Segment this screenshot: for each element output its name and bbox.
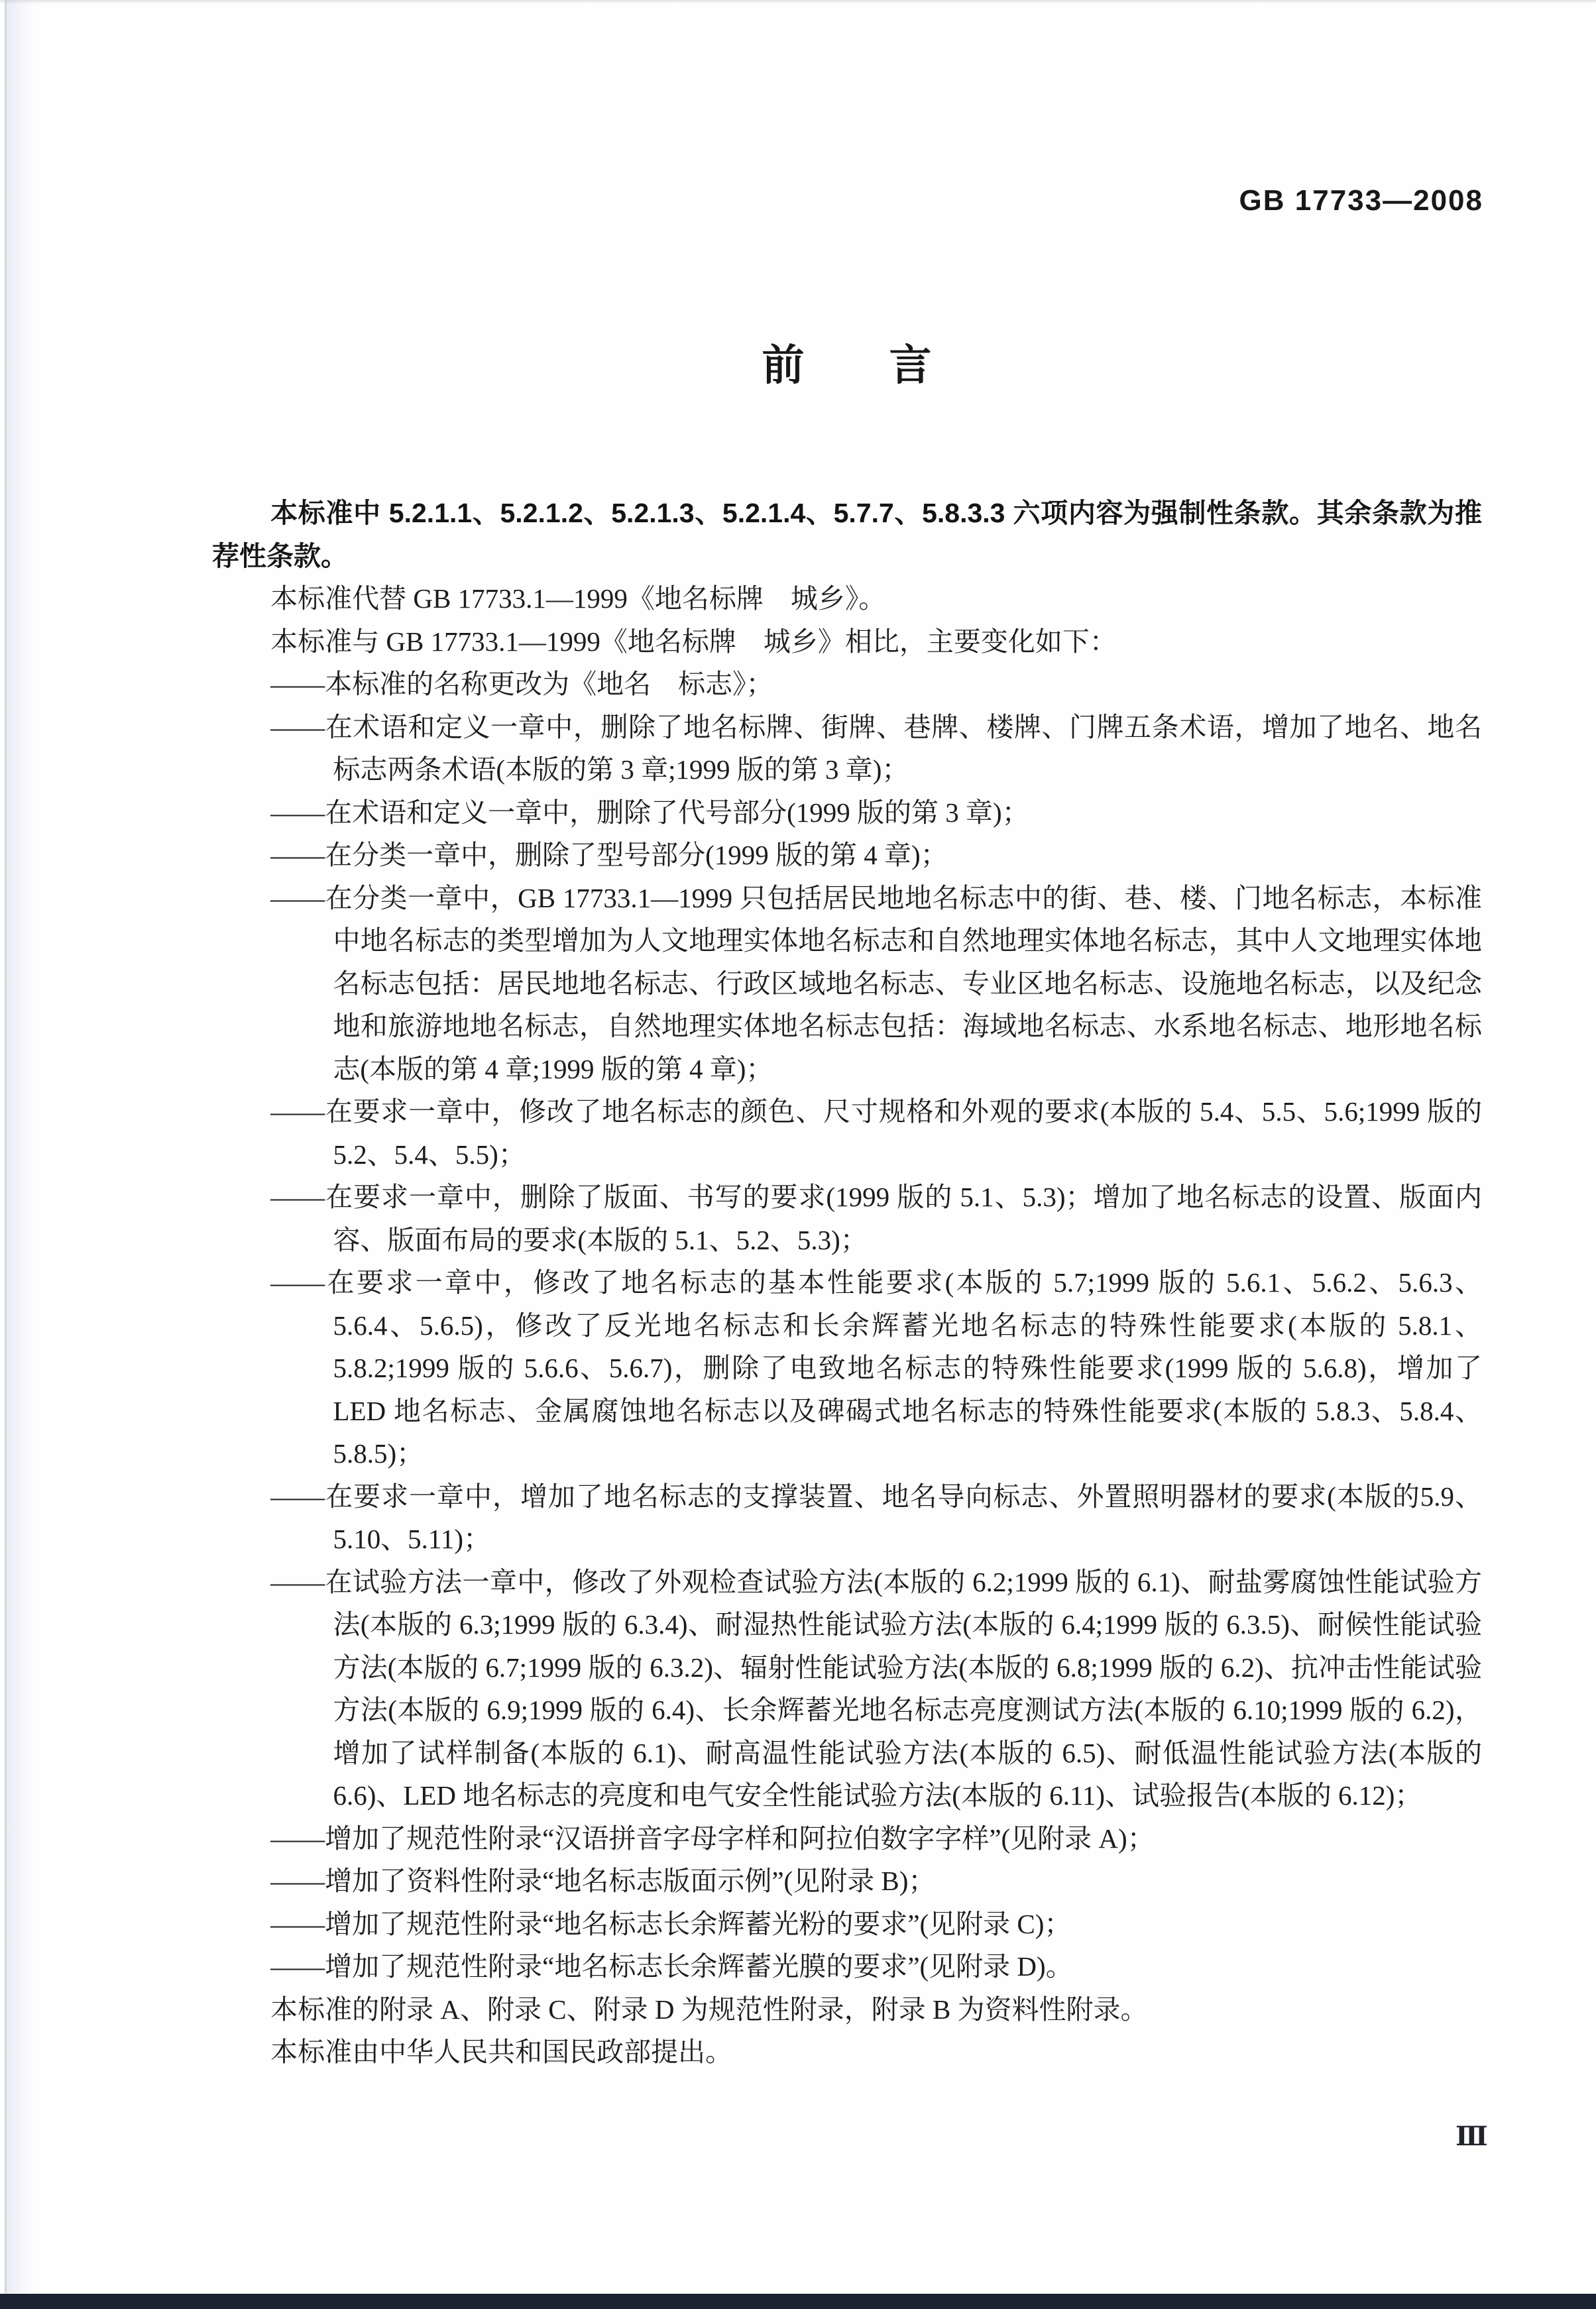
appendix-note-paragraph: 本标准的附录 A、附录 C、附录 D 为规范性附录，附录 B 为资料性附录。 [212, 1988, 1482, 2031]
foreword-body: 本标准中 5.2.1.1、5.2.1.2、5.2.1.3、5.2.1.4、5.7… [212, 492, 1482, 2074]
change-item: ——增加了规范性附录“地名标志长余辉蓄光膜的要求”(见附录 D)。 [212, 1945, 1482, 1988]
scan-top-edge [0, 0, 1596, 4]
change-item: ——本标准的名称更改为《地名 标志》； [212, 663, 1482, 706]
change-item: ——在要求一章中，修改了地名标志的颜色、尺寸规格和外观的要求(本版的 5.4、5… [212, 1090, 1482, 1176]
change-item: ——在术语和定义一章中，删除了代号部分(1999 版的第 3 章)； [212, 791, 1482, 834]
scan-bottom-edge [0, 2294, 1596, 2309]
change-item: ——增加了规范性附录“地名标志长余辉蓄光粉的要求”(见附录 C)； [212, 1903, 1482, 1946]
page-number: Ⅲ [1455, 2121, 1489, 2152]
change-item: ——在要求一章中，修改了地名标志的基本性能要求(本版的 5.7;1999 版的 … [212, 1261, 1482, 1475]
change-item: ——在要求一章中，增加了地名标志的支撑装置、地名导向标志、外置照明器材的要求(本… [212, 1475, 1482, 1561]
change-item: ——在分类一章中，删除了型号部分(1999 版的第 4 章)； [212, 834, 1482, 877]
change-item: ——在试验方法一章中，修改了外观检查试验方法(本版的 6.2;1999 版的 6… [212, 1561, 1482, 1817]
comparison-paragraph: 本标准与 GB 17733.1—1999《地名标牌 城乡》相比，主要变化如下： [212, 620, 1482, 663]
scan-gutter-shade [7, 0, 34, 2293]
change-item: ——在要求一章中，删除了版面、书写的要求(1999 版的 5.1、5.3)；增加… [212, 1176, 1482, 1261]
replacement-paragraph: 本标准代替 GB 17733.1—1999《地名标牌 城乡》。 [212, 577, 1482, 620]
change-item: ——在术语和定义一章中，删除了地名标牌、街牌、巷牌、楼牌、门牌五条术语，增加了地… [212, 706, 1482, 791]
change-item: ——增加了资料性附录“地名标志版面示例”(见附录 B)； [212, 1860, 1482, 1903]
standard-code: GB 17733—2008 [1239, 184, 1483, 217]
change-item: ——增加了规范性附录“汉语拼音字母字样和阿拉伯数字字样”(见附录 A)； [212, 1817, 1482, 1860]
proposer-paragraph: 本标准由中华人民共和国民政部提出。 [212, 2031, 1482, 2074]
document-page: GB 17733—2008 前 言 本标准中 5.2.1.1、5.2.1.2、5… [0, 0, 1596, 2309]
change-item: ——在分类一章中，GB 17733.1—1999 只包括居民地地名标志中的街、巷… [212, 877, 1482, 1091]
mandatory-clause-notice: 本标准中 5.2.1.1、5.2.1.2、5.2.1.3、5.2.1.4、5.7… [212, 492, 1482, 577]
foreword-title: 前 言 [212, 331, 1481, 392]
